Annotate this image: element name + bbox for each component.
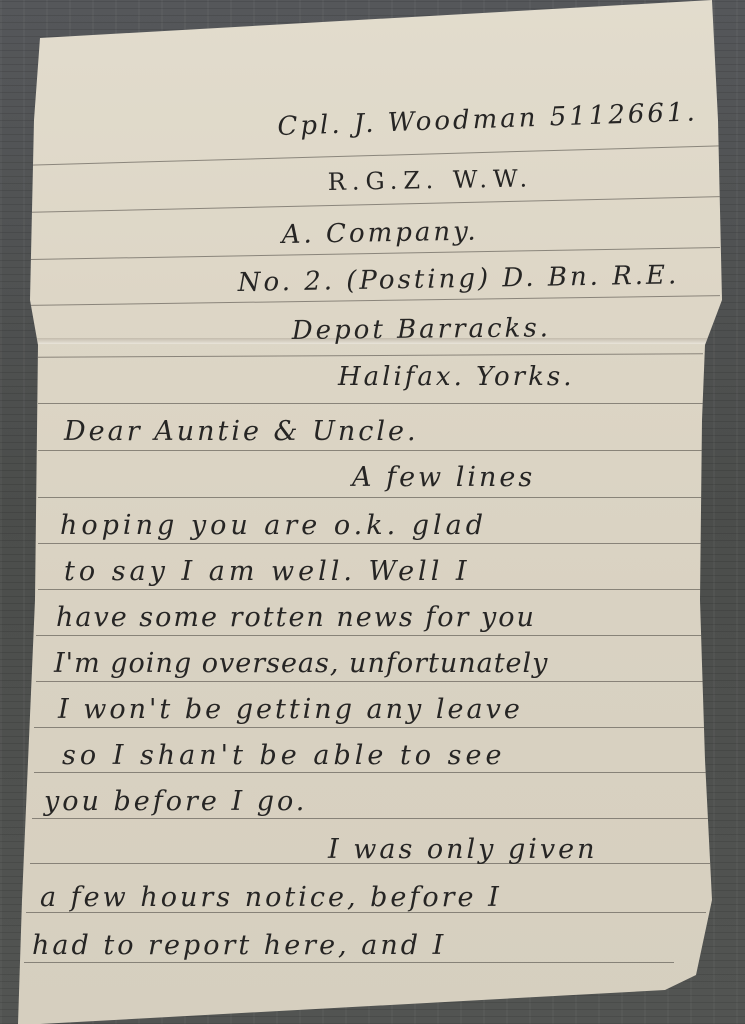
ruled-line [38, 403, 703, 404]
ruled-line [30, 145, 720, 165]
ruled-line [38, 450, 703, 451]
salutation: Dear Auntie & Uncle. [64, 416, 419, 447]
ruled-line [32, 818, 708, 819]
body-line: I'm going overseas, unfortunately [54, 648, 548, 679]
sender-rank-name-number: Cpl. J. Woodman 5112661. [277, 97, 698, 142]
ruled-line [30, 247, 720, 260]
body-line: had to report here, and I [32, 930, 446, 961]
sender-regiment: R.G.Z. W.W. [328, 164, 534, 196]
sender-location: Halifax. Yorks. [338, 362, 574, 392]
ruled-line [38, 543, 703, 544]
ruled-line [24, 962, 674, 963]
ruled-line [30, 196, 720, 213]
ruled-line [30, 295, 720, 306]
sender-barracks: Depot Barracks. [292, 313, 551, 346]
body-line: you before I go. [44, 786, 307, 817]
body-line: have some rotten news for you [56, 602, 536, 633]
body-line: a few hours notice, before I [40, 882, 502, 913]
ruled-line [36, 635, 704, 636]
sender-company: A. Company. [281, 217, 478, 250]
body-line: to say I am well. Well I [64, 556, 471, 587]
body-line: I was only given [328, 834, 598, 865]
ruled-line [38, 589, 703, 590]
letter-paper: Cpl. J. Woodman 5112661. R.G.Z. W.W. A. … [0, 0, 745, 1024]
sender-unit: No. 2. (Posting) D. Bn. R.E. [237, 260, 679, 298]
ruled-line [38, 497, 703, 498]
body-line: A few lines [352, 462, 535, 493]
ruled-line [34, 772, 706, 773]
ruled-line [34, 727, 706, 728]
ruled-line [38, 353, 703, 357]
body-line: so I shan't be able to see [62, 740, 505, 771]
body-line: I won't be getting any leave [58, 694, 523, 725]
ruled-line [36, 681, 704, 682]
body-line: hoping you are o.k. glad [60, 510, 487, 541]
